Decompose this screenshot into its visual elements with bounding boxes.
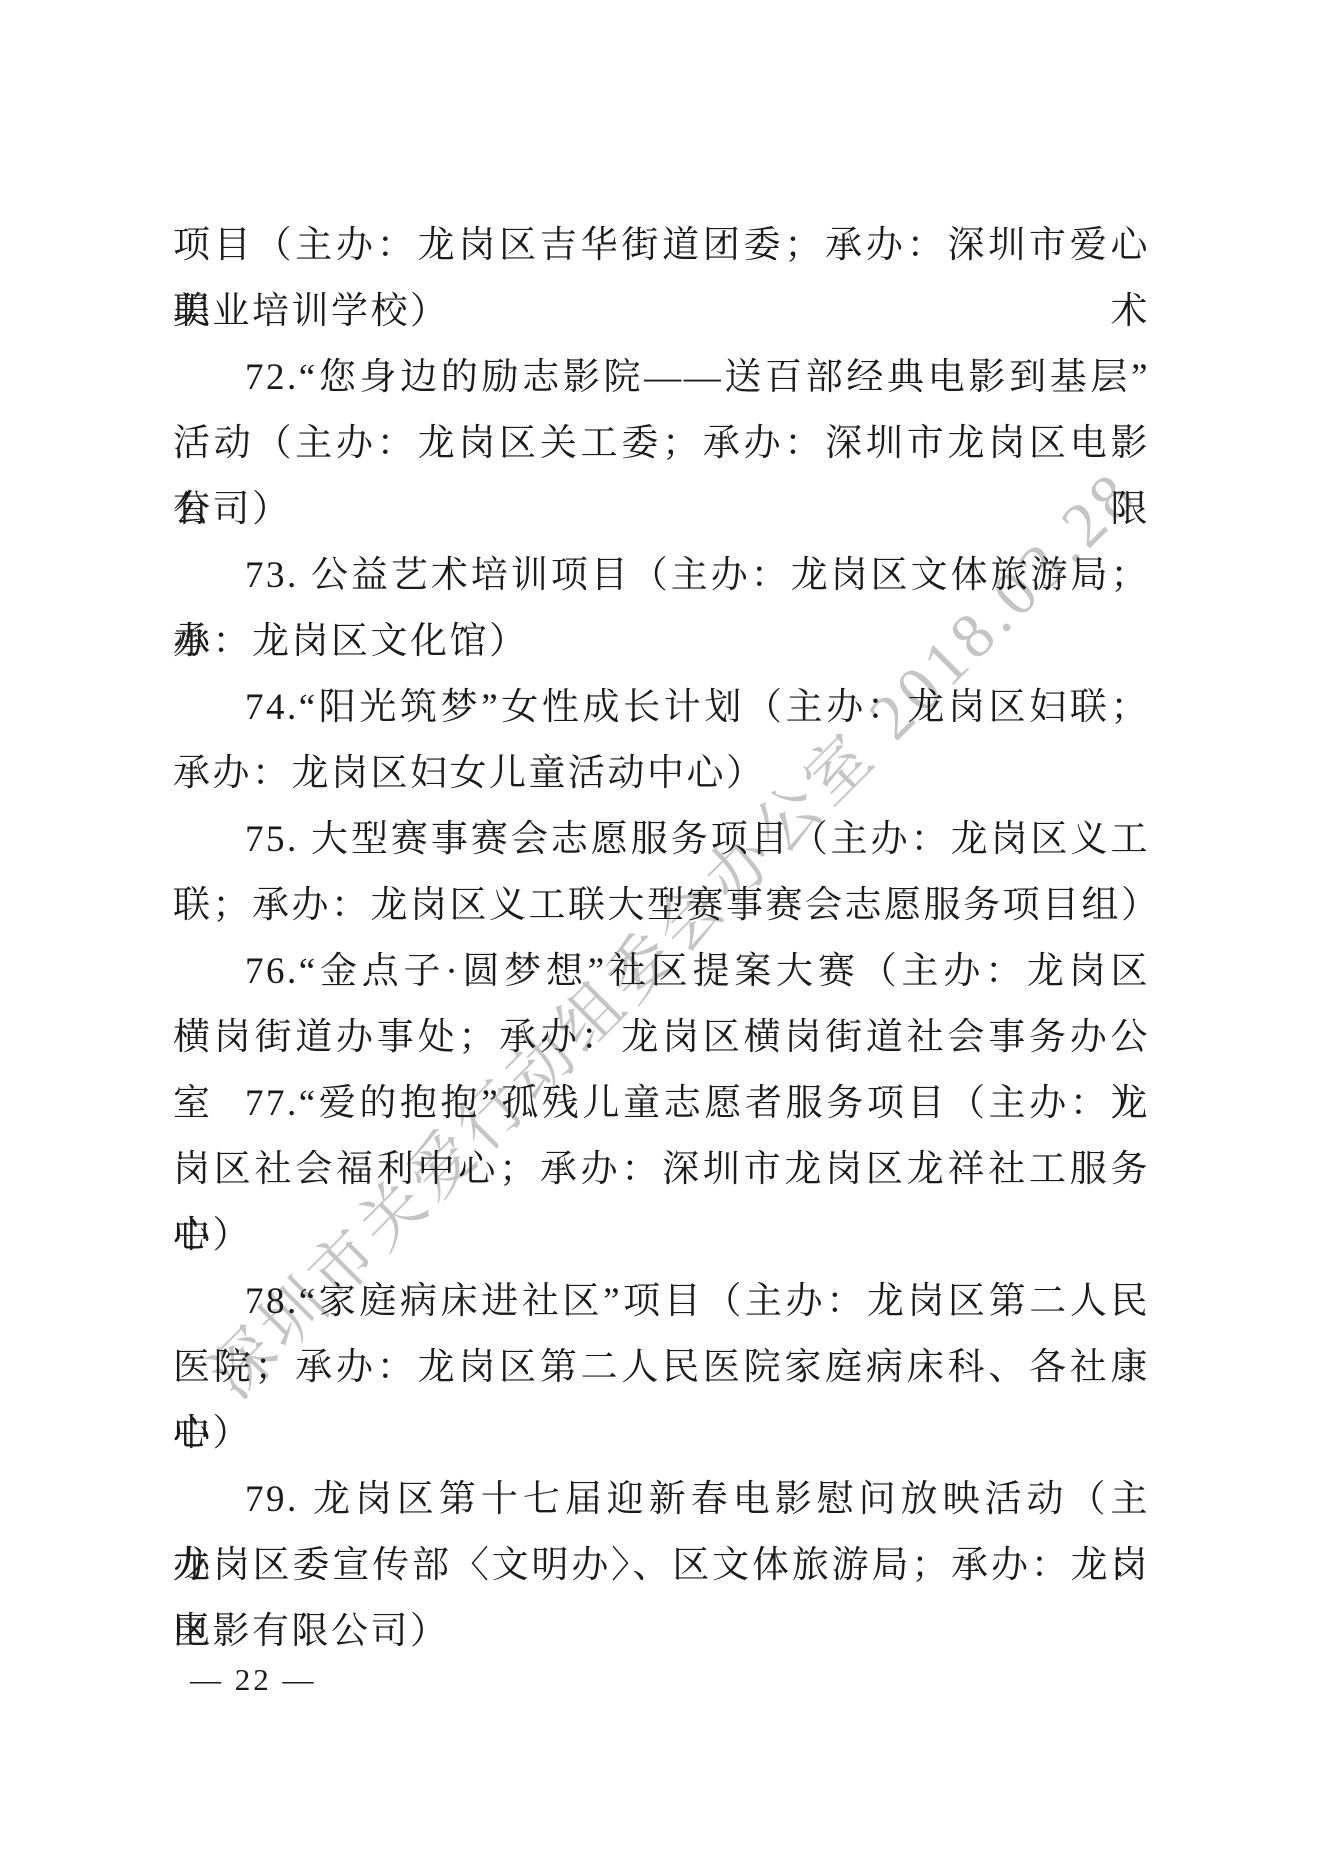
text-line: 79. 龙岗区第十七届迎新春电影慰问放映活动（主办： <box>173 1467 1150 1533</box>
text-line: 电影有限公司） <box>173 1599 1150 1665</box>
page-number: — 22 — <box>190 1662 317 1698</box>
text-line: 活动（主办：龙岗区关工委；承办：深圳市龙岗区电影有限 <box>173 411 1150 477</box>
text-line: 心） <box>173 1401 1150 1467</box>
text-line: 龙岗区委宣传部〈文明办〉、区文体旅游局；承办：龙岗区 <box>173 1533 1150 1599</box>
text-line: 承办：龙岗区妇女儿童活动中心） <box>173 741 1150 807</box>
document-page: 深圳市关爱行动组委会办公室 2018.03.28 项目（主办：龙岗区吉华街道团委… <box>0 0 1323 1871</box>
text-line: 75. 大型赛事赛会志愿服务项目（主办：龙岗区义工 <box>173 807 1150 873</box>
text-line: 岗区社会福利中心；承办：深圳市龙岗区龙祥社工服务中 <box>173 1137 1150 1203</box>
document-body: 项目（主办：龙岗区吉华街道团委；承办：深圳市爱心美术职业培训学校）72.“您身边… <box>173 213 1150 1665</box>
text-line: 横岗街道办事处；承办：龙岗区横岗街道社会事务办公室） <box>173 1005 1150 1071</box>
text-line: 72.“您身边的励志影院——送百部经典电影到基层” <box>173 345 1150 411</box>
text-line: 78.“家庭病床进社区”项目（主办：龙岗区第二人民 <box>173 1269 1150 1335</box>
text-line: 77.“爱的抱抱”孤残儿童志愿者服务项目（主办：龙 <box>173 1071 1150 1137</box>
text-line: 项目（主办：龙岗区吉华街道团委；承办：深圳市爱心美术 <box>173 213 1150 279</box>
text-line: 办：龙岗区文化馆） <box>173 609 1150 675</box>
text-line: 73. 公益艺术培训项目（主办：龙岗区文体旅游局；承 <box>173 543 1150 609</box>
text-line: 74.“阳光筑梦”女性成长计划（主办：龙岗区妇联； <box>173 675 1150 741</box>
text-line: 联；承办：龙岗区义工联大型赛事赛会志愿服务项目组） <box>173 873 1150 939</box>
text-line: 心） <box>173 1203 1150 1269</box>
text-line: 76.“金点子·圆梦想”社区提案大赛（主办：龙岗区 <box>173 939 1150 1005</box>
text-line: 医院；承办：龙岗区第二人民医院家庭病床科、各社康中 <box>173 1335 1150 1401</box>
